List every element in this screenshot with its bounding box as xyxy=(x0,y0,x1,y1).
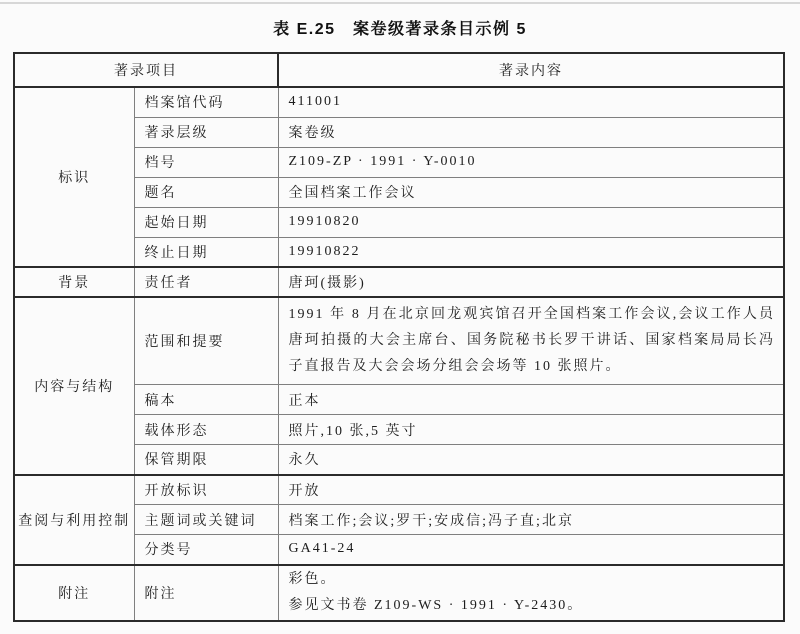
content-value: 正本 xyxy=(278,385,784,415)
item-label: 载体形态 xyxy=(134,415,278,445)
item-label: 附注 xyxy=(134,565,278,621)
note-line: 彩色。 xyxy=(289,567,776,593)
content-value: 永久 xyxy=(278,445,784,475)
item-label: 责任者 xyxy=(134,267,278,297)
content-value: 19910820 xyxy=(278,207,784,237)
content-value: Z109-ZP · 1991 · Y-0010 xyxy=(278,147,784,177)
group-label-background: 背景 xyxy=(14,267,134,297)
table-row: 内容与结构 范围和提要 1991 年 8 月在北京回龙观宾馆召开全国档案工作会议… xyxy=(14,297,784,385)
item-label: 档案馆代码 xyxy=(134,87,278,117)
table-row: 附注 附注 彩色。 参见文书卷 Z109-WS · 1991 · Y-2430。 xyxy=(14,565,784,621)
content-value: 19910822 xyxy=(278,237,784,267)
column-header-item: 著录项目 xyxy=(14,53,278,87)
item-label: 范围和提要 xyxy=(134,297,278,385)
content-value: 全国档案工作会议 xyxy=(278,177,784,207)
item-label: 著录层级 xyxy=(134,117,278,147)
item-label: 主题词或关键词 xyxy=(134,505,278,535)
group-label-access-control: 查阅与利用控制 xyxy=(14,475,134,565)
content-value: 档案工作;会议;罗干;安成信;冯子直;北京 xyxy=(278,505,784,535)
table-row: 标识 档案馆代码 411001 xyxy=(14,87,784,117)
content-value: 411001 xyxy=(278,87,784,117)
content-value: 案卷级 xyxy=(278,117,784,147)
item-label: 起始日期 xyxy=(134,207,278,237)
content-value: 照片,10 张,5 英寸 xyxy=(278,415,784,445)
item-label: 开放标识 xyxy=(134,475,278,505)
table-row: 背景 责任者 唐珂(摄影) xyxy=(14,267,784,297)
item-label: 稿本 xyxy=(134,385,278,415)
item-label: 题名 xyxy=(134,177,278,207)
content-value-scope-abstract: 1991 年 8 月在北京回龙观宾馆召开全国档案工作会议,会议工作人员唐珂拍摄的… xyxy=(278,297,784,385)
table-caption: 表 E.25 案卷级著录条目示例 5 xyxy=(0,0,800,39)
content-value-notes: 彩色。 参见文书卷 Z109-WS · 1991 · Y-2430。 xyxy=(278,565,784,621)
group-label-identification: 标识 xyxy=(14,87,134,267)
table-row: 查阅与利用控制 开放标识 开放 xyxy=(14,475,784,505)
page-top-rule xyxy=(0,2,800,4)
item-label: 分类号 xyxy=(134,535,278,565)
table-header-row: 著录项目 著录内容 xyxy=(14,53,784,87)
group-label-content-structure: 内容与结构 xyxy=(14,297,134,475)
description-entry-table: 著录项目 著录内容 标识 档案馆代码 411001 著录层级 案卷级 档号 Z1… xyxy=(13,52,785,622)
document-page: 表 E.25 案卷级著录条目示例 5 著录项目 著录内容 标识 档案馆代码 41… xyxy=(0,0,800,634)
item-label: 终止日期 xyxy=(134,237,278,267)
group-label-notes: 附注 xyxy=(14,565,134,621)
content-value: 唐珂(摄影) xyxy=(278,267,784,297)
column-header-content: 著录内容 xyxy=(278,53,784,87)
item-label: 档号 xyxy=(134,147,278,177)
content-value: GA41-24 xyxy=(278,535,784,565)
note-line: 参见文书卷 Z109-WS · 1991 · Y-2430。 xyxy=(289,593,776,619)
content-value: 开放 xyxy=(278,475,784,505)
item-label: 保管期限 xyxy=(134,445,278,475)
